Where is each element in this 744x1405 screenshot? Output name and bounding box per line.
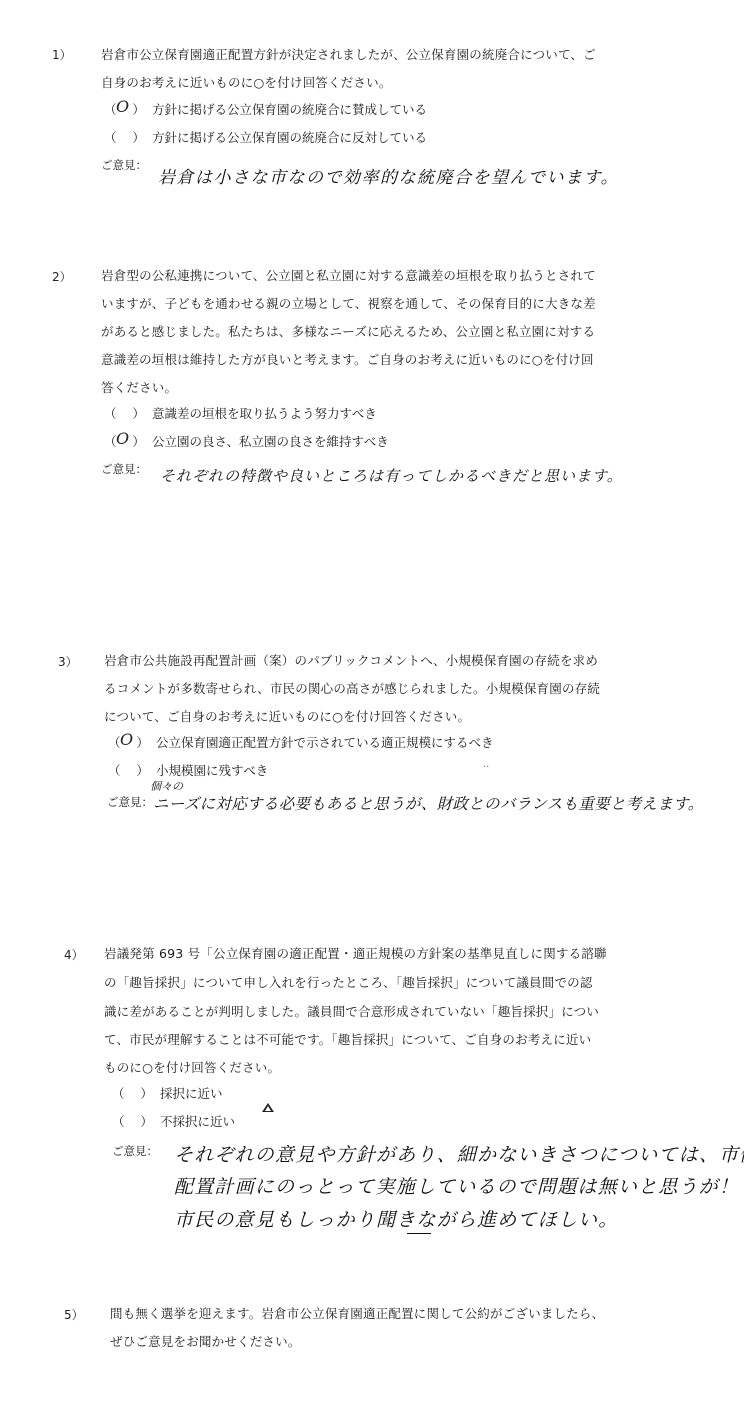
circle-mark: O [116,429,129,448]
question-text-line: るコメントが多数寄せられ、市民の関心の高さが感じられました。小規模保育園の存続 [104,679,600,697]
option-label: 方針に掲げる公立保育園の統廃合に賛成している [152,102,427,117]
option-label: 公立園の良さ、私立園の良さを維持すべき [152,434,389,449]
comment-label: ご意見： [107,794,153,810]
question-text-line: 岩倉市公共施設再配置計画（案）のパブリックコメントへ、小規模保育園の存続を求め [104,651,598,669]
option-near-adopt: （ ） 採択に近い [112,1084,223,1102]
stray-dot: · [553,474,556,485]
underline-mark [407,1233,431,1234]
option-near-reject: （ ） 不採択に近い [112,1112,235,1130]
option-oppose: （ ） 方針に掲げる公立保育園の統廃合に反対している [104,128,427,146]
question-text-line: 岩議発第 693 号「公立保育園の適正配置・適正規模の方針案の基準見直しに関する… [104,944,607,962]
question-text-line: 岩倉市公立保育園適正配置方針が決定されましたが、公立保育園の統廃合について、ご [101,45,596,63]
comment-label: ご意見： [101,461,147,477]
option-label: 採択に近い [160,1086,223,1101]
question-text-line: ものに○を付け回答ください。 [104,1058,280,1076]
question-text-line: ぜひご意見をお聞かせください。 [110,1332,301,1350]
handwritten-comment-line: 市民の意見もしっかり聞きながら進めてほしい。 [174,1205,618,1232]
question-text-line: 意識差の垣根は維持した方が良いと考えます。ご自身のお考えに近いものに○を付け回 [101,350,594,368]
option-label: 公立保育園適正配置方針で示されている適正規模にするべき [156,735,494,750]
triangle-mark-icon [262,1103,274,1112]
question-text-line: の「趣旨採択」について申し入れを行ったところ、「趣旨採択」について議員間での認 [104,973,593,991]
handwritten-comment: 岩倉は小さな市なので効率的な統廃合を望んでいます。 [158,163,619,188]
option-approve: （O ） 方針に掲げる公立保育園の統廃合に賛成している [104,100,427,118]
circle-mark: O [116,97,129,116]
option-appropriate-scale: （O ） 公立保育園適正配置方針で示されている適正規模にするべき [108,733,494,751]
option-maintain-strengths: （O ） 公立園の良さ、私立園の良さを維持すべき [104,432,389,450]
option-keep-small: （ ） 小規模園に残すべき [108,761,268,779]
question-text-line: 自身のお考えに近いものに○を付け回答ください。 [101,73,392,91]
question-text-line: いますが、子どもを通わせる親の立場として、視察を通して、その保育目的に大きな差 [101,294,596,312]
option-label: 意識差の垣根を取り払うよう努力すべき [152,406,377,421]
option-label: 不採択に近い [160,1114,235,1129]
option-remove-barrier: （ ） 意識差の垣根を取り払うよう努力すべき [104,404,377,422]
question-text-line: 岩倉型の公私連携について、公立園と私立園に対する意識差の垣根を取り払うとされて [101,266,596,284]
question-number: 2） [52,268,72,285]
question-text-line: があると感じました。私たちは、多様なニーズに応えるため、公立園と私立園に対する [101,322,595,340]
question-number: 3） [58,653,78,670]
question-text-line: について、ご自身のお考えに近いものに○を付け回答ください。 [104,707,470,725]
option-label: 小規模園に残すべき [156,763,268,778]
handwritten-comment-line: 配置計画にのっとって実施しているので問題は無いと思うが！ [174,1172,739,1199]
handwritten-comment-line: それぞれの意見や方針があり、細かないきさつについては、市側は [174,1140,744,1167]
handwritten-comment: ニーズに対応する必要もあると思うが、財政とのバランスも重要と考えます。 [153,792,704,814]
question-number: 1） [52,46,72,63]
question-text-line: て、市民が理解することは不可能です。「趣旨採択」について、ご自身のお考えに近い [104,1030,591,1048]
option-label: 方針に掲げる公立保育園の統廃合に反対している [152,130,427,145]
comment-label: ご意見： [101,157,147,173]
question-text-line: 間も無く選挙を迎えます。岩倉市公立保育園適正配置に関して公約がございましたら、 [110,1304,604,1322]
question-number: 5） [64,1306,84,1323]
question-number: 4） [64,946,84,963]
question-text-line: 答ください。 [101,378,177,396]
comment-label: ご意見： [112,1143,158,1159]
question-text-line: 識に差があることが判明しました。議員間で合意形成されていない「趣旨採択」につい [104,1002,599,1020]
stray-dot: ·· [483,762,489,773]
circle-mark: O [120,730,133,749]
